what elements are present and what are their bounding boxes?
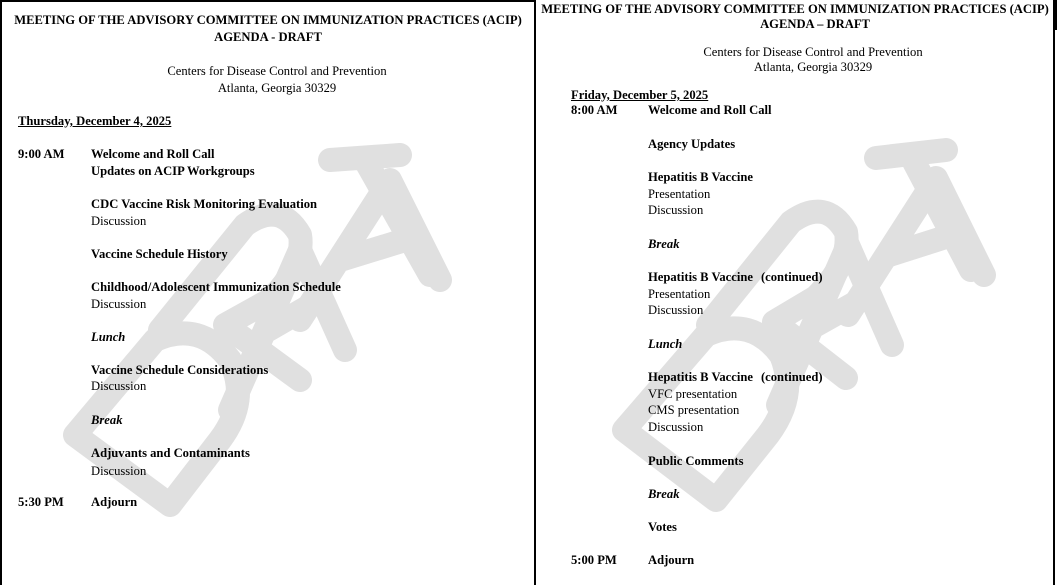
agenda-item-title: Hepatitis B Vaccine xyxy=(648,370,753,384)
agenda-subitem: Discussion xyxy=(648,202,703,219)
agenda-page-thursday: MEETING OF THE ADVISORY COMMITTEE ON IMM… xyxy=(0,0,536,585)
agenda-item: Adjuvants and Contaminants xyxy=(91,445,250,462)
agenda-item: Hepatitis B Vaccine xyxy=(648,169,753,186)
agenda-item: Childhood/Adolescent Immunization Schedu… xyxy=(91,279,341,296)
meeting-date: Thursday, December 4, 2025 xyxy=(18,114,171,129)
agenda-item: Vaccine Schedule Considerations xyxy=(91,362,268,379)
agenda-break-lunch: Lunch xyxy=(91,329,125,346)
agenda-subitem: Discussion xyxy=(91,213,146,230)
agenda-subitem: Presentation xyxy=(648,186,710,203)
agenda-item: Updates on ACIP Workgroups xyxy=(91,163,255,180)
continued-label: (continued) xyxy=(761,270,823,284)
organization-address: Atlanta, Georgia 30329 xyxy=(2,80,536,97)
agenda-item-adjourn: Adjourn xyxy=(648,552,694,569)
agenda-item-title: Hepatitis B Vaccine xyxy=(648,270,753,284)
continued-label: (continued) xyxy=(761,370,823,384)
agenda-break: Break xyxy=(648,236,679,253)
meeting-title: MEETING OF THE ADVISORY COMMITTEE ON IMM… xyxy=(2,12,534,29)
agenda-break-lunch: Lunch xyxy=(648,336,682,353)
end-time: 5:30 PM xyxy=(18,495,64,510)
agenda-subtitle: AGENDA - DRAFT xyxy=(2,29,534,46)
agenda-break: Break xyxy=(648,486,679,503)
agenda-item: Hepatitis B Vaccine(continued) xyxy=(648,369,823,386)
agenda-subitem: Presentation xyxy=(648,286,710,303)
agenda-item: Agency Updates xyxy=(648,136,735,153)
agenda-item: CDC Vaccine Risk Monitoring Evaluation xyxy=(91,196,317,213)
page-edge-bar xyxy=(1053,0,1057,30)
agenda-subtitle: AGENDA – DRAFT xyxy=(536,16,1055,33)
agenda-subitem: CMS presentation xyxy=(648,402,739,419)
agenda-subitem: Discussion xyxy=(91,463,146,480)
agenda-item: Vaccine Schedule History xyxy=(91,246,228,263)
meeting-date: Friday, December 5, 2025 xyxy=(571,88,708,103)
organization-name: Centers for Disease Control and Preventi… xyxy=(2,63,536,80)
agenda-item-adjourn: Adjourn xyxy=(91,494,137,511)
start-time: 9:00 AM xyxy=(18,147,65,162)
start-time: 8:00 AM xyxy=(571,103,618,118)
organization-address: Atlanta, Georgia 30329 xyxy=(536,59,1055,76)
agenda-item: Public Comments xyxy=(648,453,744,470)
agenda-item: Welcome and Roll Call xyxy=(648,102,771,119)
agenda-break: Break xyxy=(91,412,122,429)
agenda-item: Hepatitis B Vaccine(continued) xyxy=(648,269,823,286)
agenda-subitem: Discussion xyxy=(648,302,703,319)
agenda-page-friday: MEETING OF THE ADVISORY COMMITTEE ON IMM… xyxy=(536,0,1055,585)
agenda-item: Votes xyxy=(648,519,677,536)
agenda-subitem: Discussion xyxy=(91,378,146,395)
agenda-subitem: Discussion xyxy=(91,296,146,313)
agenda-subitem: Discussion xyxy=(648,419,703,436)
end-time: 5:00 PM xyxy=(571,553,617,568)
agenda-subitem: VFC presentation xyxy=(648,386,737,403)
agenda-item: Welcome and Roll Call xyxy=(91,146,214,163)
